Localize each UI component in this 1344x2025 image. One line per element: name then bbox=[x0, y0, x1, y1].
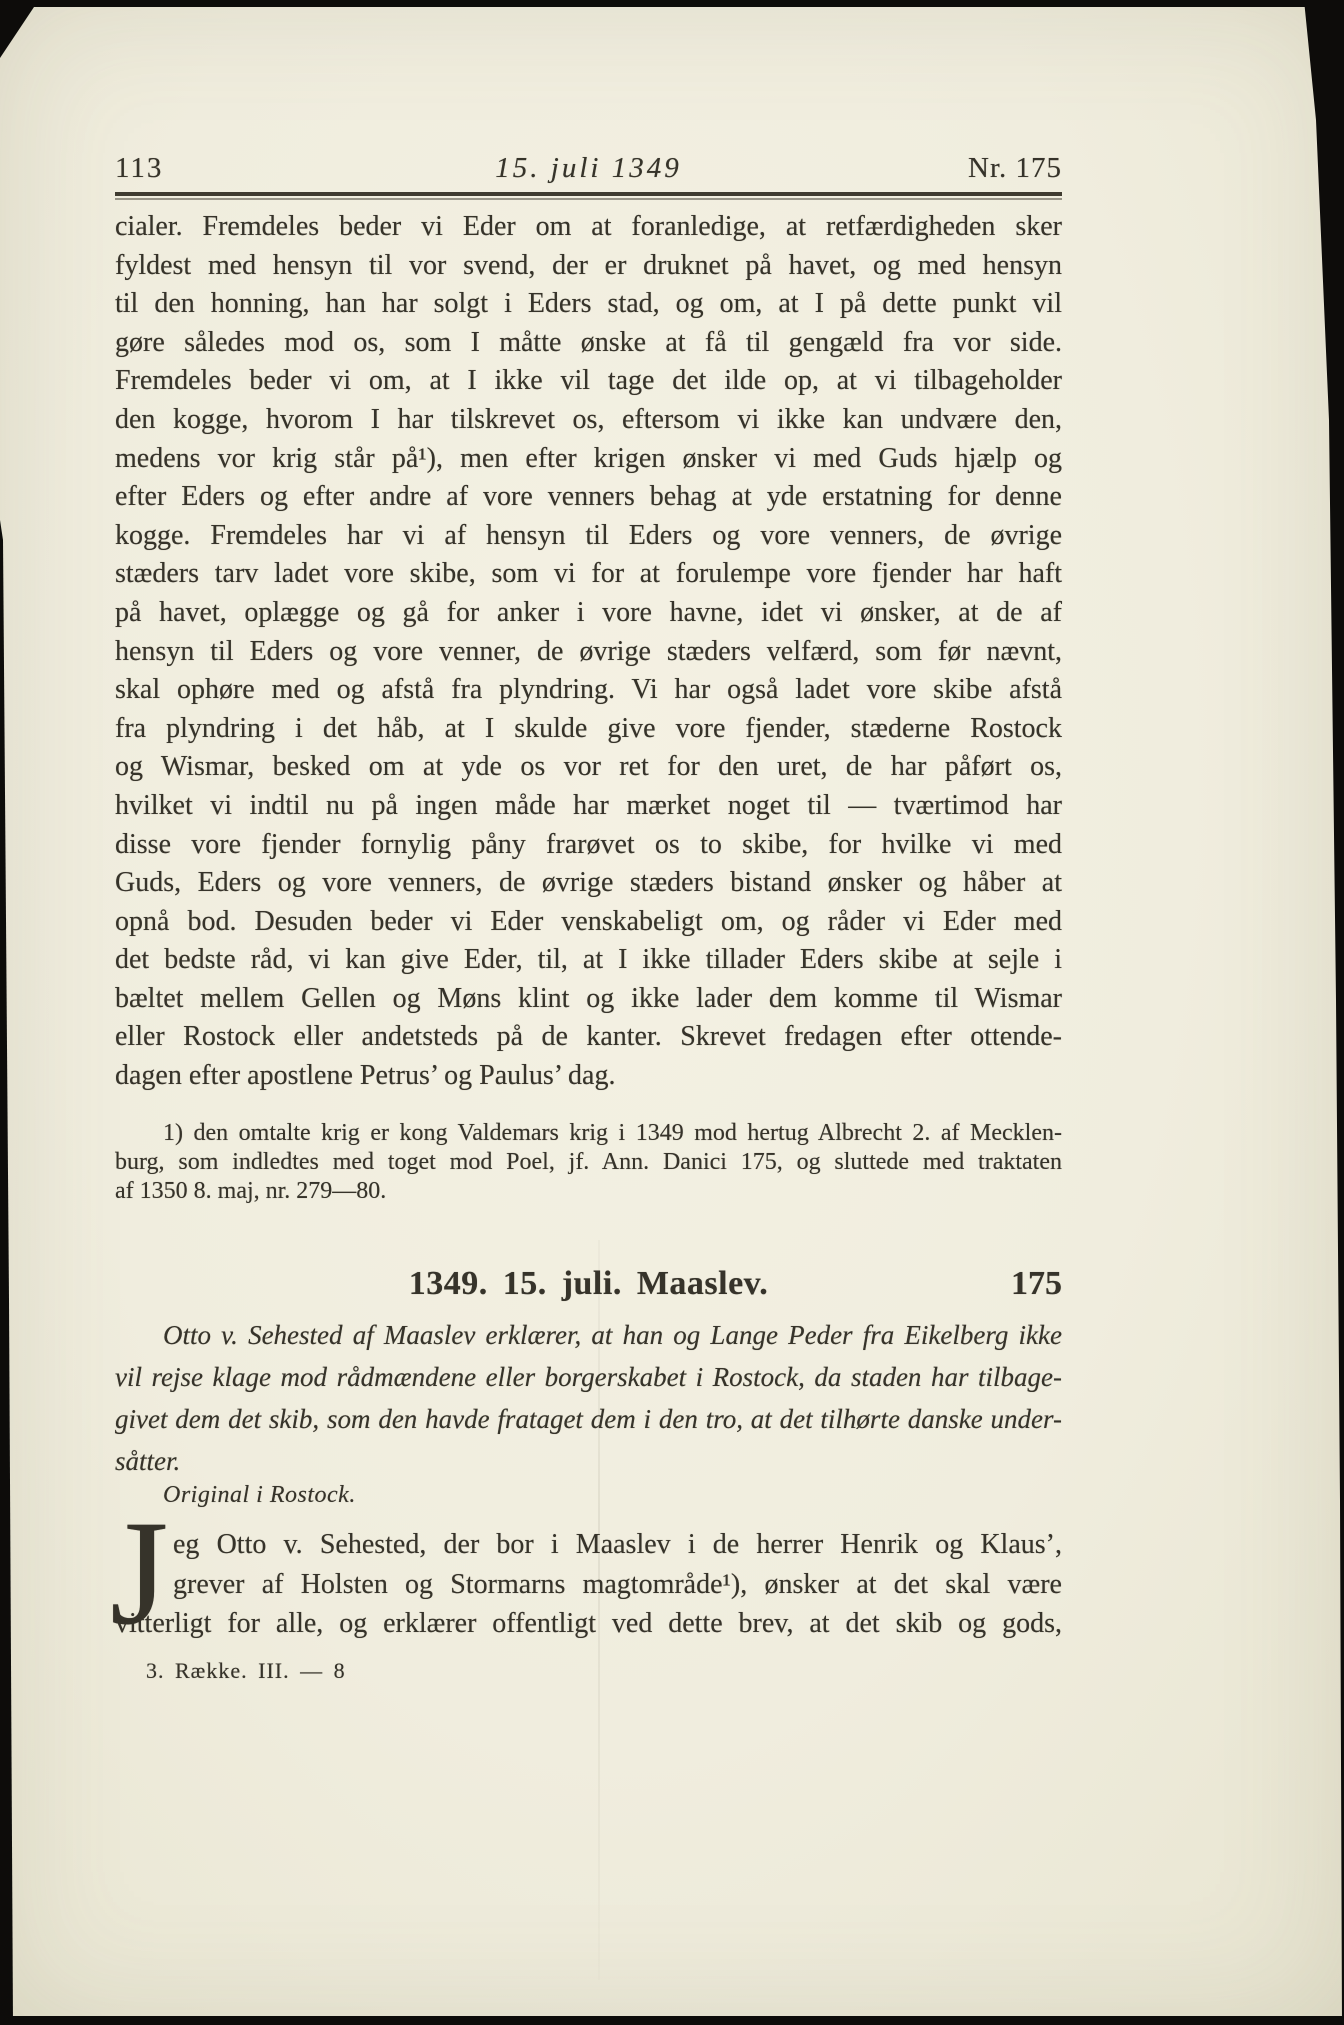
body-line: hensyn til Eders og vore venner, de øvri… bbox=[115, 633, 1062, 672]
page-number: 113 bbox=[115, 152, 163, 185]
letter-line: grever af Holsten og Stormarns magtområd… bbox=[115, 1565, 1062, 1605]
paper-crease bbox=[598, 1240, 600, 1980]
summary-line: Otto v. Sehested af Maaslev erklærer, at… bbox=[115, 1314, 1062, 1356]
regest-summary: Otto v. Sehested af Maaslev erklærer, at… bbox=[115, 1314, 1062, 1482]
letter-text-paragraph: cialer. Fremdeles beder vi Eder om at fo… bbox=[115, 208, 1062, 1096]
summary-line: vil rejse klage mod rådmændene eller bor… bbox=[115, 1356, 1062, 1398]
body-line: hvilket vi indtil nu på ingen måde har m… bbox=[115, 787, 1062, 826]
body-line: det bedste råd, vi kan give Eder, til, a… bbox=[115, 941, 1062, 980]
body-line: fra plyndring i det håb, at I skulde giv… bbox=[115, 710, 1062, 749]
header-rule-echo bbox=[115, 198, 1062, 200]
letter-opening-paragraph: eg Otto v. Sehested, der bor i Maaslev i… bbox=[115, 1525, 1062, 1644]
section-heading-row: 1349. 15. juli. Maaslev. 175 bbox=[115, 1265, 1062, 1305]
running-head: 113 15. juli 1349 Nr. 175 bbox=[115, 152, 1062, 192]
footnote-line: af 1350 8. maj, nr. 279—80. bbox=[115, 1177, 1062, 1206]
body-line: fyldest med hensyn til vor svend, der er… bbox=[115, 247, 1062, 286]
body-line: eller Rostock eller andetsteds på de kan… bbox=[115, 1018, 1062, 1057]
body-line: efter Eders og efter andre af vore venne… bbox=[115, 478, 1062, 517]
body-line: opnå bod. Desuden beder vi Eder venskabe… bbox=[115, 903, 1062, 942]
body-line: stæders tarv ladet vore skibe, som vi fo… bbox=[115, 555, 1062, 594]
document-number-header: Nr. 175 bbox=[968, 152, 1062, 185]
body-line: Guds, Eders og vore venners, de øvrige s… bbox=[115, 864, 1062, 903]
provenance-note: Original i Rostock. bbox=[163, 1482, 356, 1509]
letter-line: eg Otto v. Sehested, der bor i Maaslev i… bbox=[115, 1525, 1062, 1565]
body-line: og Wismar, besked om at yde os vor ret f… bbox=[115, 748, 1062, 787]
footnote: 1) den omtalte krig er kong Valdemars kr… bbox=[115, 1119, 1062, 1206]
body-line: skal ophøre med og afstå fra plyndring. … bbox=[115, 671, 1062, 710]
body-line: gøre således mod os, som I måtte ønske a… bbox=[115, 324, 1062, 363]
body-line: kogge. Fremdeles har vi af hensyn til Ed… bbox=[115, 517, 1062, 556]
section-heading: 1349. 15. juli. Maaslev. bbox=[409, 1265, 769, 1303]
body-line: dagen efter apostlene Petrus’ og Paulus’… bbox=[115, 1057, 1062, 1096]
header-rule bbox=[115, 192, 1062, 196]
summary-line: såtter. bbox=[115, 1440, 1062, 1482]
body-line: Fremdeles beder vi om, at I ikke vil tag… bbox=[115, 362, 1062, 401]
body-line: medens vor krig står på¹), men efter kri… bbox=[115, 440, 1062, 479]
footnote-line: burg, som indledtes med toget mod Poel, … bbox=[115, 1148, 1062, 1177]
body-line: bæltet mellem Gellen og Møns klint og ik… bbox=[115, 980, 1062, 1019]
book-page: 113 15. juli 1349 Nr. 175 cialer. Fremde… bbox=[0, 0, 1344, 2025]
body-line: den kogge, hvorom I har tilskrevet os, e… bbox=[115, 401, 1062, 440]
summary-line: givet dem det skib, som den havde fratag… bbox=[115, 1398, 1062, 1440]
body-line: til den honning, han har solgt i Eders s… bbox=[115, 285, 1062, 324]
section-number: 175 bbox=[1011, 1265, 1062, 1303]
body-line: cialer. Fremdeles beder vi Eder om at fo… bbox=[115, 208, 1062, 247]
series-signature: 3. Række. III. — 8 bbox=[146, 1658, 346, 1684]
body-line: disse vore fjender fornylig påny frarøve… bbox=[115, 826, 1062, 865]
body-line: på havet, oplægge og gå for anker i vore… bbox=[115, 594, 1062, 633]
letter-line: vitterligt for alle, og erklærer offentl… bbox=[115, 1604, 1062, 1644]
running-date: 15. juli 1349 bbox=[495, 152, 681, 185]
footnote-line: 1) den omtalte krig er kong Valdemars kr… bbox=[115, 1119, 1062, 1148]
